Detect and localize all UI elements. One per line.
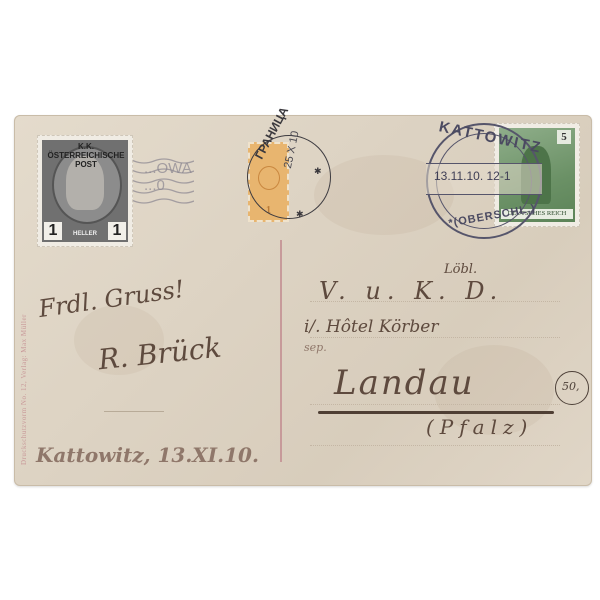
address-recipient: V. u. K. D.: [319, 277, 503, 305]
vertical-divider: [280, 240, 282, 462]
stamp-denomination: 1: [44, 222, 62, 240]
stamp-unit: HELLER: [70, 231, 100, 237]
star-icon: ✱: [314, 167, 322, 177]
address-salutation: Löbl.: [444, 262, 477, 277]
postmark-date: 13.11.10. 12-1: [434, 169, 511, 183]
circled-annotation: 50,: [555, 371, 589, 405]
star-icon: ✱: [296, 210, 304, 220]
wavy-cancel-text: ...OWA ...0: [144, 160, 192, 194]
faint-line: [104, 411, 164, 412]
message-place-date: Kattowitz, 13.XI.10.: [36, 443, 259, 467]
address-city: Landau: [334, 363, 475, 403]
stamp-denomination: 5: [557, 130, 571, 144]
address-line: [310, 404, 560, 405]
address-note: sep.: [304, 341, 327, 354]
address-hotel: i/. Hôtel Körber: [304, 317, 438, 337]
address-line: [310, 337, 560, 338]
stamp-austria: K.K. ÖSTERREICHISCHE POST 1 HELLER 1: [37, 135, 133, 247]
address-region: (Pfalz): [426, 415, 533, 439]
postcard: Druckschutzvorm No. 12, Verlag: Max Müll…: [14, 115, 592, 486]
address-line: [310, 445, 560, 446]
publisher-imprint: Druckschutzvorm No. 12, Verlag: Max Müll…: [20, 314, 28, 465]
stamp-denomination: 1: [108, 222, 126, 240]
city-underline: [318, 411, 554, 414]
stamp-ring-text: K.K. ÖSTERREICHISCHE POST: [44, 142, 128, 169]
